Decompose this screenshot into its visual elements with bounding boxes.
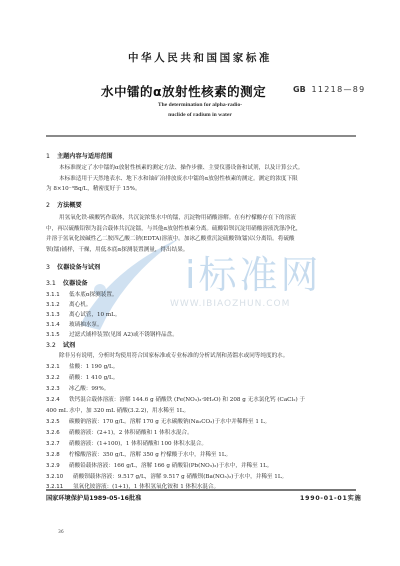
item-text: 柠檬酸溶液：350 g/L，溶解 350 g 柠檬酸于水中，并稀至 1L。 [69,452,231,458]
list-item-continuation: 400 mL 水中，加 320 mL 硝酸(3.2.2)，用水稀至 1L。 [46,406,189,414]
item-text: 硝酸溶液：(2+1)，2 体积硝酸和 1 体积水混合。 [69,430,193,436]
paragraph: 本标准适用于天然地表水、地下水和铀矿冶排放废水中镭的α放射性核素的测定。测定的浓… [46,174,358,185]
item-text: 硝酸钡载体溶液：9.517 g/L，溶解 9.517 g 硝酸钡(Ba(NO₃)… [73,474,287,480]
item-text: 硝酸溶液：(1+100)，1 体积硝酸和 100 体积水混合。 [69,441,207,447]
document-title: 水中镭的α放射性核素的测定 [101,82,266,100]
item-text: 硝酸：1 410 g/L。 [69,375,118,381]
english-title: The determination for alpha-radio- nucli… [0,100,400,120]
item-text: 过滤式铺样装置(见图 A2)或不锈钢样品盘。 [69,332,178,338]
paragraph: 用氢氧化铁-碳酸钙作载体，共沉淀浓集水中的镭，沉淀物用硝酸溶解。在有柠檬酸存在下… [46,213,358,224]
english-title-line2: nuclide of radium in water [0,110,400,120]
list-item: 3.2.1盐酸：1 190 g/L。 [46,362,118,370]
list-item: 3.2.5碳酸钠溶液：170 g/L。溶解 170 g 无水碳酸钠(Na₂CO₃… [46,417,270,425]
item-number: 3.2.6 [46,430,69,436]
item-number: 3.2.10 [46,474,73,480]
watermark-url: WWW.IBIAOZHUN.COM [170,299,290,309]
item-number: 3.2.9 [46,463,69,469]
paragraph: 本标准规定了水中镭的α放射性核素的测定方法、操作步骤、主要仪器设备和试剂，以及计… [46,163,358,174]
list-item: 3.1.3离心试管，10 mL。 [46,310,120,318]
item-text: 玻璃抽水泵。 [69,322,103,328]
gb-code: GB 11218—89 [293,85,366,94]
section-title: 方法概要 [57,202,82,209]
subsection-title: 仪器设备 [63,280,88,287]
item-text: 盐酸：1 190 g/L。 [69,364,118,370]
item-text: 离心试管，10 mL。 [69,312,120,318]
item-text: 碳酸钠溶液：170 g/L。溶解 170 g 无水碳酸钠(Na₂CO₃)于水中并… [69,419,270,425]
item-number: 3.2.5 [46,419,69,425]
list-item: 3.2.3冰乙酸：99%。 [46,384,109,392]
section-number: 3 [46,264,50,271]
list-item: 3.1.1低本底α探测装置。 [46,290,118,298]
english-title-line1: The determination for alpha-radio- [0,100,400,110]
item-number: 3.1.1 [46,292,69,298]
item-number: 3.2.4 [46,397,69,403]
subsection-number: 3.2 [46,342,56,349]
standard-header: 中华人民共和国国家标准 [0,50,400,65]
item-number: 3.2.1 [46,364,69,370]
item-number: 3.2.2 [46,375,69,381]
paragraph-line: 并溶于氢氧化铵碱性乙二胺四乙酸二钠(EDTA)溶液中。加冰乙酸重沉淀硫酸钡(镭)… [46,234,358,245]
list-item: 3.1.5过滤式铺样装置(见图 A2)或不锈钢样品盘。 [46,330,178,338]
item-text: 铁钙混合载体溶液：溶解 144.6 g 硝酸铁 (Fe(NO₃)₃·9H₂O) … [69,397,305,403]
header-divider [46,135,356,137]
item-number: 3.1.2 [46,302,69,308]
list-item: 3.2.4铁钙混合载体溶液：溶解 144.6 g 硝酸铁 (Fe(NO₃)₃·9… [46,395,305,403]
section-2-body: 用氢氧化铁-碳酸钙作载体，共沉淀浓集水中的镭，沉淀物用硝酸溶解。在有柠檬酸存在下… [46,213,358,255]
subsection-title: 试剂 [63,342,75,349]
paragraph-line: 钡(镭)铺样，干燥，用低本底α探测装置测量，得出结果。 [46,245,358,256]
item-text: 冰乙酸：99%。 [69,386,109,392]
item-number: 3.2.7 [46,441,69,447]
item-number: 3.2.3 [46,386,69,392]
item-text: 低本底α探测装置。 [69,292,118,298]
list-item: 3.2.8柠檬酸溶液：350 g/L，溶解 350 g 柠檬酸于水中，并稀至 1… [46,450,231,458]
item-number: 3.1.5 [46,332,69,338]
section-1-heading: 1主题内容与适用范围 [46,151,113,160]
item-number: 3.1.4 [46,322,69,328]
section-2-heading: 2方法概要 [46,200,82,209]
section-3-heading: 3仪器设备与试剂 [46,262,100,271]
list-item: 3.1.4玻璃抽水泵。 [46,320,103,328]
approval-date: 国家环境保护局1989-05-16批准 [46,493,141,502]
list-item: 3.2.6硝酸溶液：(2+1)，2 体积硝酸和 1 体积水混合。 [46,428,193,436]
list-item: 3.2.2硝酸：1 410 g/L。 [46,373,118,381]
effective-date: 1990-01-01实施 [300,493,362,502]
section-title: 主题内容与适用范围 [57,153,113,160]
section-title: 仪器设备与试剂 [57,264,100,271]
paragraph-continuation: 为 8×10⁻³Bq/L，精密度好于 15%。 [46,184,358,195]
paragraph-line: 中，再以硫酸铅钡为混合载体共沉淀镭，与其他α放射性核素分离。硫酸铅钡沉淀用硝酸溶… [46,224,358,235]
subsection-3-1-heading: 3.1仪器设备 [46,278,88,287]
page-number: 36 [58,530,64,535]
item-text: 硝酸铅载体溶液：166 g/L，溶解 166 g 硝酸铅(Pb(NO₃)₂)于水… [69,463,272,469]
subsection-3-2-heading: 3.2试剂 [46,340,75,349]
list-item: 3.2.10硝酸钡载体溶液：9.517 g/L，溶解 9.517 g 硝酸钡(B… [46,472,287,480]
item-number: 3.1.3 [46,312,69,318]
footer-divider [46,489,356,491]
gb-prefix: GB [293,85,306,94]
section-number: 2 [46,202,50,209]
item-text: 离心机。 [69,302,91,308]
reagents-intro: 除非另有说明，分析时均使用符合国家标准或专业标准的分析试剂和蒸馏水或同等纯度的水… [46,351,288,359]
list-item: 3.2.7硝酸溶液：(1+100)，1 体积硝酸和 100 体积水混合。 [46,439,207,447]
gb-number: 11218—89 [312,85,366,94]
list-item: 3.1.2离心机。 [46,300,91,308]
item-number: 3.2.8 [46,452,69,458]
list-item: 3.2.9硝酸铅载体溶液：166 g/L，溶解 166 g 硝酸铅(Pb(NO₃… [46,461,272,469]
section-1-body: 本标准规定了水中镭的α放射性核素的测定方法、操作步骤、主要仪器设备和试剂，以及计… [46,163,358,195]
subsection-number: 3.1 [46,280,56,287]
section-number: 1 [46,153,50,160]
